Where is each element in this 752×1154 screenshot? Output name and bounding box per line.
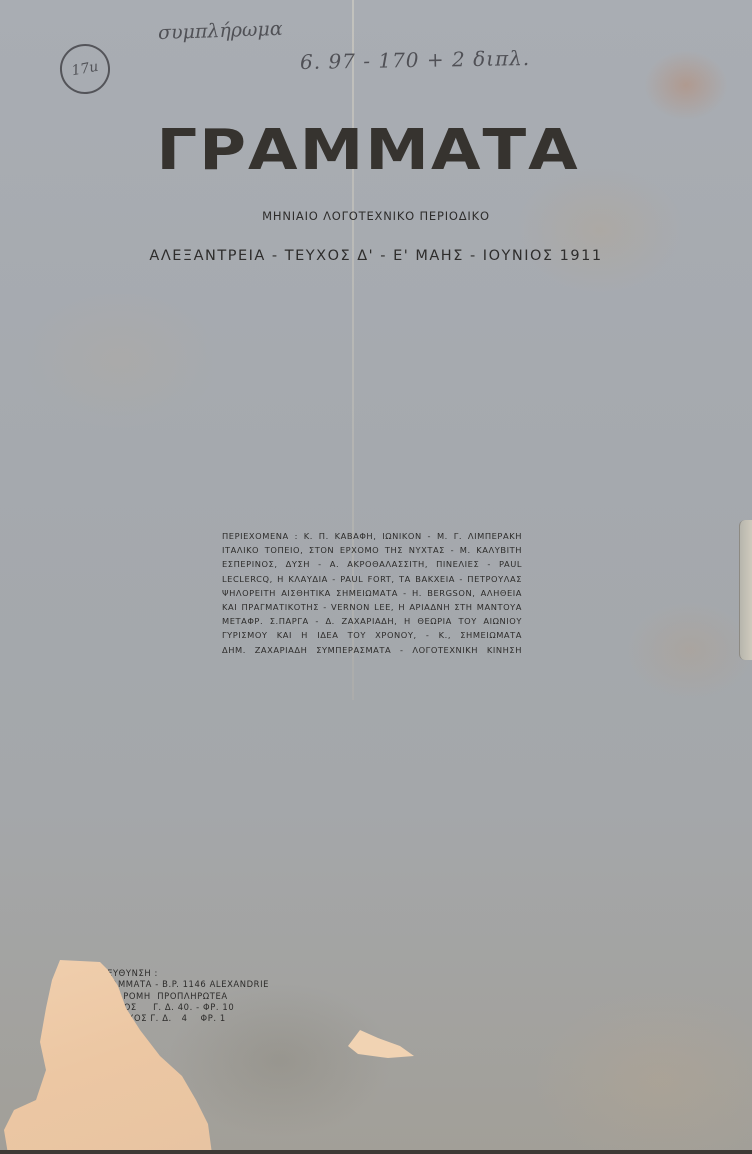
circled-mark-text: 17u [70, 59, 99, 79]
subtitle: ΜΗΝΙΑΙΟ ΛΟΓΟΤΕΧΝΙΚΟ ΠΕΡΙΟΔΙΚΟ [0, 209, 752, 223]
handwritten-note-line-2: 6. 97 - 170 + 2 διπλ. [300, 46, 531, 74]
contents-line: ΚΑΙ ΠΡΑΓΜΑΤΙΚΟΤΗΣ - VERNON LEE, Η ΑΡΙΑΔΝ… [222, 600, 522, 614]
torn-patch [348, 1030, 414, 1060]
contents-line: LECLERCQ, Η ΚΛΑΥΔΙΑ - PAUL FORT, ΤΑ ΒΑΚΧ… [222, 572, 522, 586]
handwritten-note-line-1: συμπλήρωμα [158, 18, 283, 44]
contents-line: ΔΗΜ. ΖΑΧΑΡΙΑΔΗ ΣΥΜΠΕΡΑΣΜΑΤΑ - ΛΟΓΟΤΕΧΝΙΚ… [222, 643, 522, 657]
contents-line: ΙΤΑΛΙΚΟ ΤΟΠΕΙΟ, ΣΤΟΝ ΕΡΧΟΜΟ ΤΗΣ ΝΥΧΤΑΣ -… [222, 543, 522, 557]
frayed-right-edge [739, 520, 752, 660]
table-of-contents: ΠΕΡΙΕΧΟΜΕΝΑ : Κ. Π. ΚΑΒΑΦΗ, ΙΩΝΙΚΟΝ - Μ.… [222, 529, 522, 657]
issue-line: ΑΛΕΞΑΝΤΡΕΙΑ - ΤΕΥΧΟΣ Δ' - Ε' ΜΑΗΣ - ΙΟΥΝ… [0, 248, 752, 264]
contents-line: ΨΗΛΟΡΕΙΤΗ ΑΙΣΘΗΤΙΚΑ ΣΗΜΕΙΩΜΑΤΑ - Η. BERG… [222, 586, 522, 600]
contents-line: ΓΥΡΙΣΜΟΥ ΚΑΙ Η ΙΔΕΑ ΤΟΥ ΧΡΟΝΟΥ, - Κ., ΣΗ… [222, 628, 522, 642]
magazine-cover: 17u συμπλήρωμα 6. 97 - 170 + 2 διπλ. ΓΡΑ… [0, 0, 752, 1154]
handwritten-circled-mark: 17u [56, 40, 114, 98]
contents-line: ΕΣΠΕΡΙΝΟΣ, ΔΥΣΗ - Α. ΑΚΡΟΘΑΛΑΣΣΙΤΗ, ΠΙΝΕ… [222, 557, 522, 571]
contents-line: ΜΕΤΑΦΡ. Σ.ΠΑΡΓΑ - Δ. ΖΑΧΑΡΙΑΔΗ, Η ΘΕΩΡΙΑ… [222, 614, 522, 628]
contents-line: ΠΕΡΙΕΧΟΜΕΝΑ : Κ. Π. ΚΑΒΑΦΗ, ΙΩΝΙΚΟΝ - Μ.… [222, 529, 522, 543]
scan-bottom-edge [0, 1150, 752, 1154]
masthead-title: ΓΡΑΜΜΑΤΑ [108, 118, 628, 183]
